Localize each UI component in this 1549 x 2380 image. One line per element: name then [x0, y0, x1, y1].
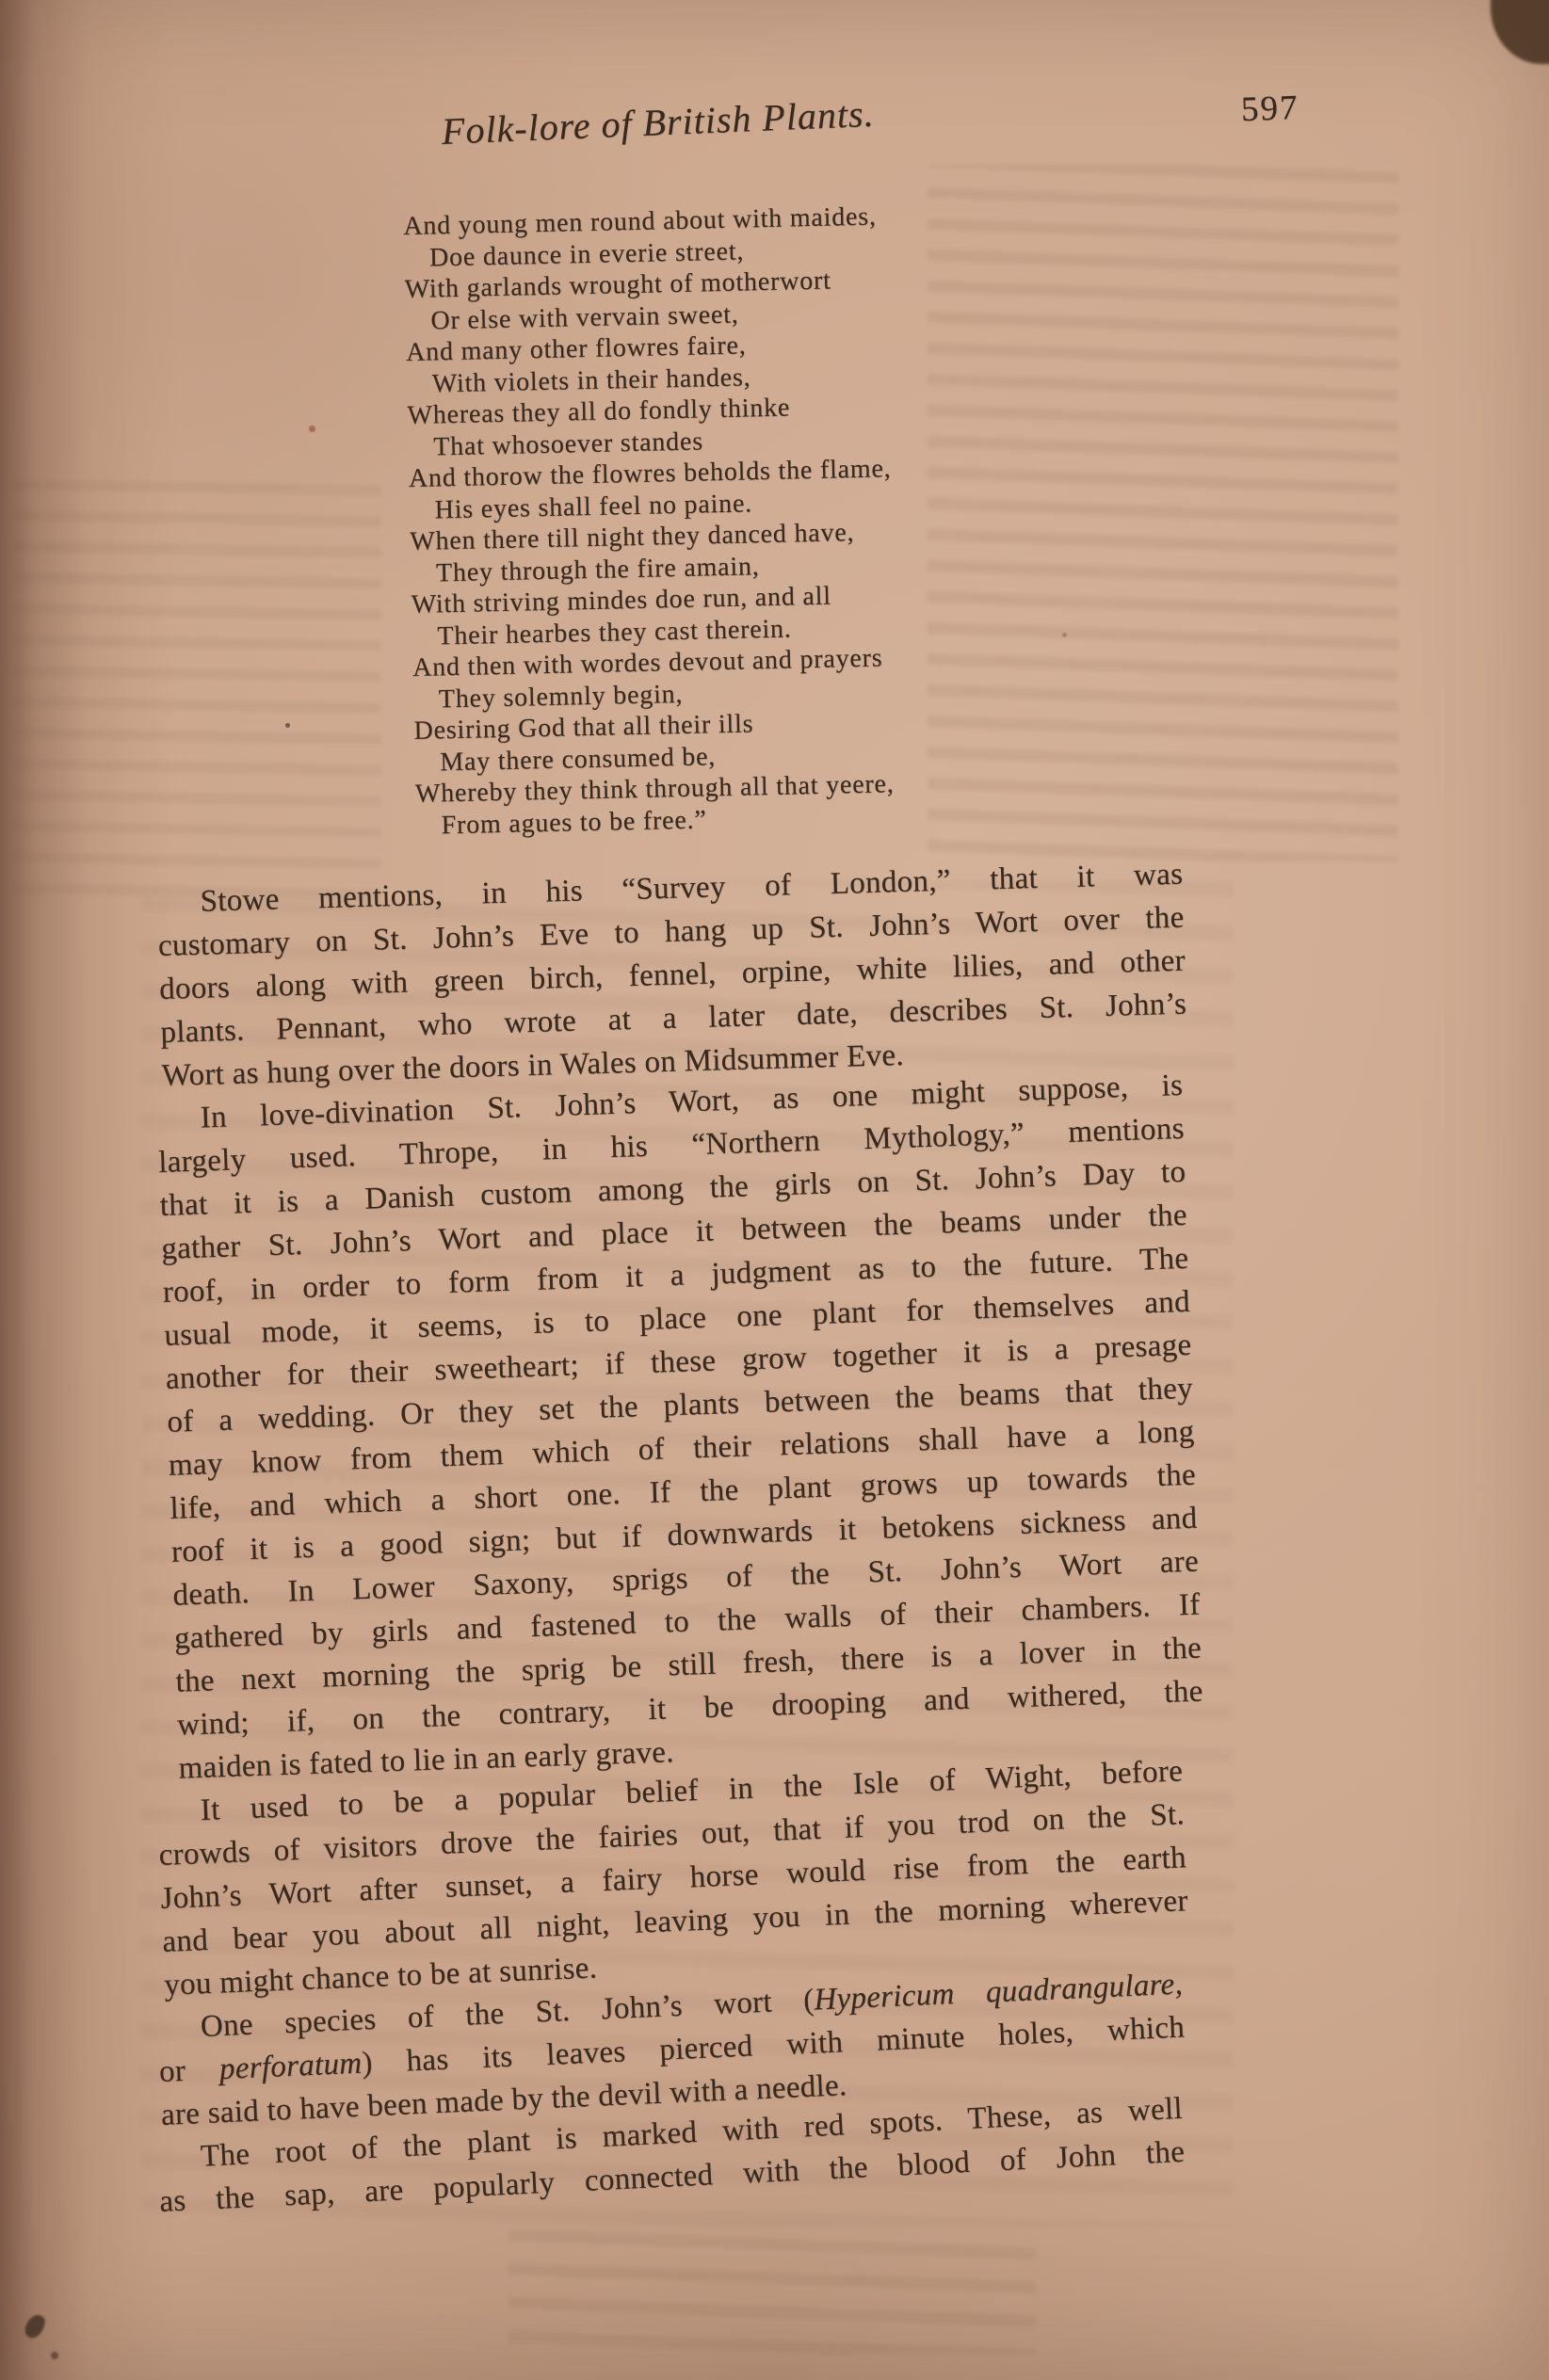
scanned-book-page: Folk-lore of British Plants. 597 And you…: [0, 0, 1549, 2380]
ink-bleedthrough: [14, 480, 381, 904]
poem-block: And young men round about with maides, D…: [403, 201, 898, 842]
prose-block: Stowe mentions, in his “Survey of London…: [156, 881, 1183, 2224]
ink-bleedthrough: [508, 2231, 1036, 2354]
paragraph-1: Stowe mentions, in his “Survey of London…: [156, 853, 1188, 1098]
ink-bleedthrough: [928, 165, 1398, 861]
page-number: 597: [1240, 88, 1299, 130]
paragraph-2: In love-divination St. John’s Wort, as o…: [156, 1064, 1205, 1791]
ink-speck: [51, 2352, 58, 2359]
foxing-spot: [309, 426, 315, 432]
corner-stain: [1491, 0, 1549, 64]
text-segment: or: [158, 2052, 220, 2089]
foxing-spot: [1062, 633, 1067, 637]
running-title: Folk-lore of British Plants.: [441, 91, 875, 153]
ink-speck: [285, 723, 290, 728]
ink-speck: [22, 2311, 47, 2340]
gutter-shadow: [0, 0, 179, 2380]
latin-name: perforatum: [218, 2047, 363, 2087]
